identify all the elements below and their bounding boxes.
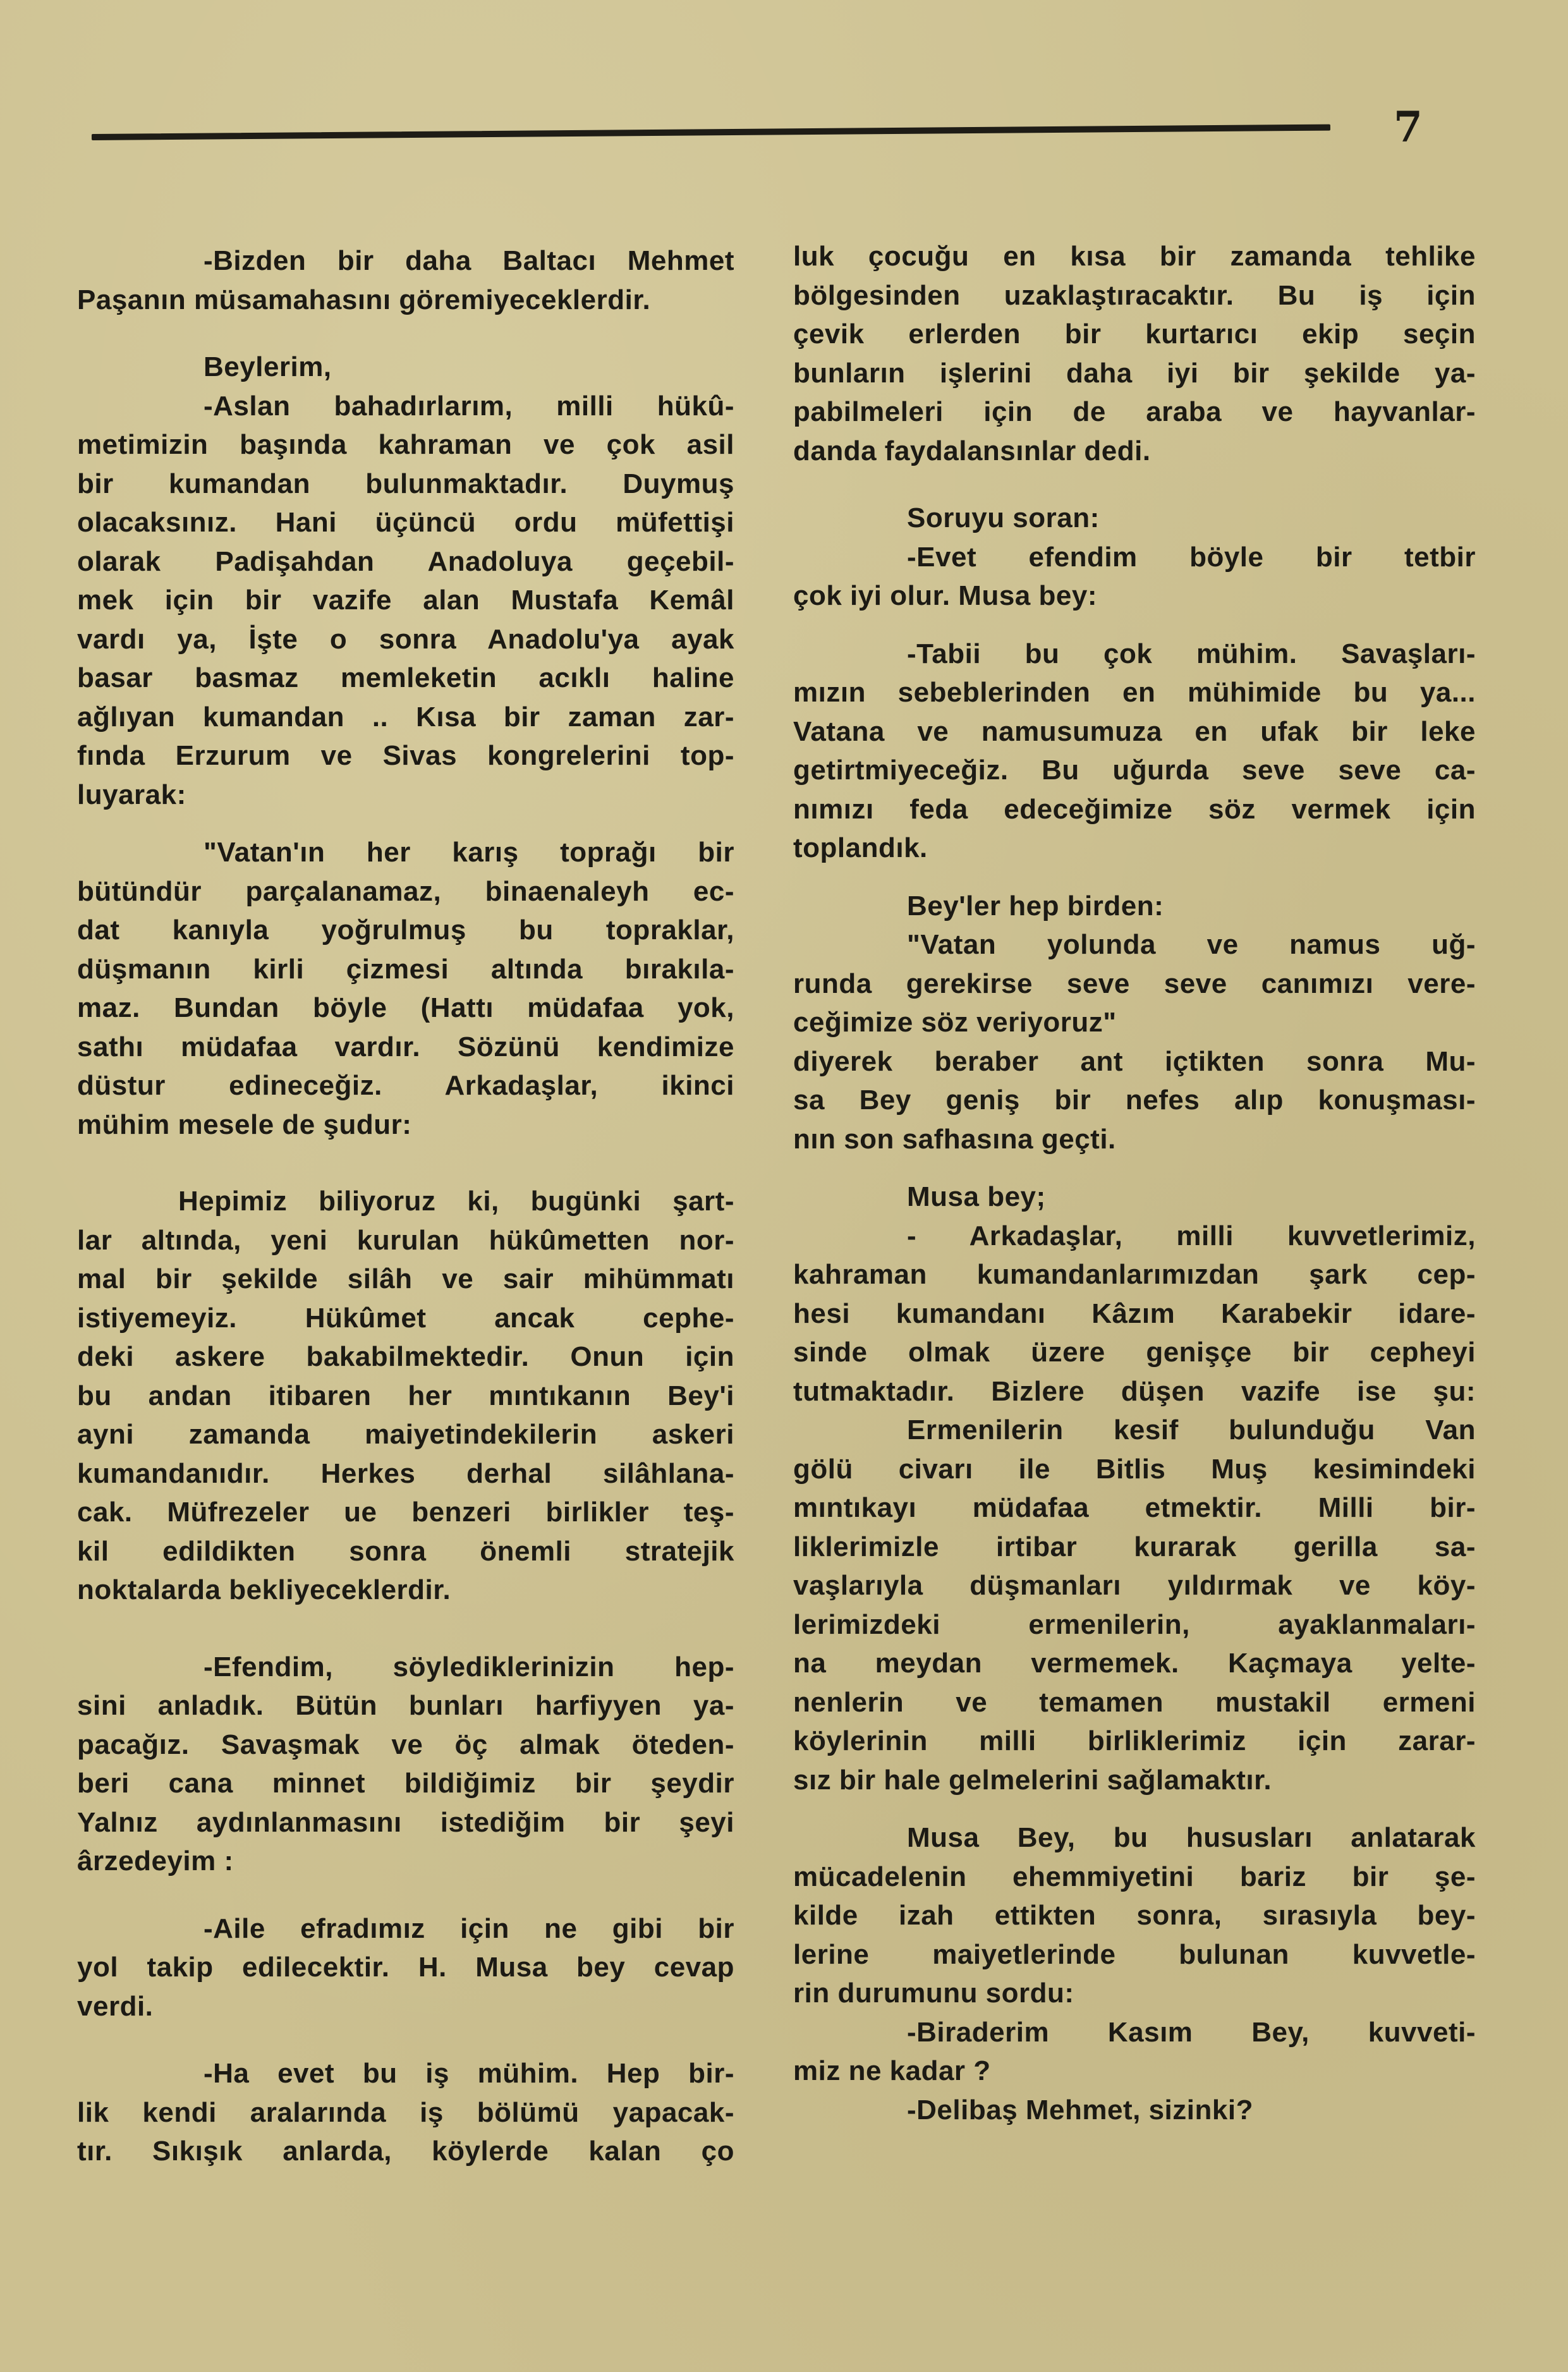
- text-line: Musa bey;: [793, 1177, 1476, 1217]
- text-line: -Tabii bu çok mühim. Savaşları-: [793, 635, 1476, 674]
- text-line: çok iyi olur. Musa bey:: [793, 576, 1476, 616]
- text-line: kilde izah ettikten sonra, sırasıyla bey…: [793, 1896, 1476, 1935]
- text-line: maz. Bundan böyle (Hattı müdafaa yok,: [77, 988, 734, 1028]
- text-line: lerimizdeki ermenilerin, ayaklanmaları-: [793, 1605, 1476, 1645]
- text-line: luk çocuğu en kısa bir zamanda tehlike: [793, 237, 1476, 276]
- text-line: ârzedeyim :: [77, 1842, 734, 1881]
- text-line: kahraman kumandanlarımızdan şark cep-: [793, 1255, 1476, 1294]
- text-line: mek için bir vazife alan Mustafa Kemâl: [77, 581, 734, 620]
- text-line: -Aslan bahadırlarım, milli hükû-: [77, 387, 734, 426]
- text-line: vaşlarıyla düşmanları yıldırmak ve köy-: [793, 1566, 1476, 1605]
- text-line: -Biraderim Kasım Bey, kuvveti-: [793, 2013, 1476, 2052]
- text-line: "Vatan yolunda ve namus uğ-: [793, 925, 1476, 964]
- text-line: bir kumandan bulunmaktadır. Duymuş: [77, 465, 734, 504]
- text-line: mücadelenin ehemmiyetini bariz bir şe-: [793, 1858, 1476, 1897]
- text-line: diyerek beraber ant içtikten sonra Mu-: [793, 1042, 1476, 1081]
- header-rule: [92, 125, 1330, 140]
- text-line: mal bir şekilde silâh ve sair mihümmatı: [77, 1260, 734, 1299]
- text-line: Hepimiz biliyoruz ki, bugünki şart-: [77, 1182, 734, 1221]
- text-line: pacağız. Savaşmak ve öç almak öteden-: [77, 1725, 734, 1765]
- text-line: Yalnız aydınlanmasını istediğim bir şeyi: [77, 1803, 734, 1842]
- text-line: miz ne kadar ?: [793, 2052, 1476, 2091]
- text-line: Beylerim,: [77, 348, 734, 387]
- text-line: ağlıyan kumandan .. Kısa bir zaman zar-: [77, 698, 734, 737]
- text-line: olacaksınız. Hani üçüncü ordu müfettişi: [77, 503, 734, 542]
- text-line: ceğimize söz veriyoruz": [793, 1003, 1476, 1042]
- text-line: na meydan vermemek. Kaçmaya yelte-: [793, 1644, 1476, 1683]
- text-line: -Evet efendim böyle bir tetbir: [793, 538, 1476, 577]
- text-line: pabilmeleri için de araba ve hayvanlar-: [793, 392, 1476, 432]
- text-line: düşmanın kirli çizmesi altında bırakıla-: [77, 950, 734, 989]
- text-line: kil edildikten sonra önemli stratejik: [77, 1532, 734, 1571]
- text-line: tır. Sıkışık anlarda, köylerde kalan ço: [77, 2132, 734, 2171]
- text-line: gölü civarı ile Bitlis Muş kesimindeki: [793, 1450, 1476, 1489]
- text-line: lerine maiyetlerinde bulunan kuvvetle-: [793, 1935, 1476, 1974]
- text-line: metimizin başında kahraman ve çok asil: [77, 425, 734, 465]
- text-line: mühim mesele de şudur:: [77, 1105, 734, 1145]
- text-line: nımızı feda edeceğimize söz vermek için: [793, 790, 1476, 829]
- text-line: - Arkadaşlar, milli kuvvetlerimiz,: [793, 1217, 1476, 1256]
- text-line: mızın sebeblerinden en mühimide bu ya...: [793, 673, 1476, 712]
- text-line: verdi.: [77, 1987, 734, 2026]
- text-line: Vatana ve namusumuza en ufak bir leke: [793, 712, 1476, 751]
- text-line: mıntıkayı müdafaa etmektir. Milli bir-: [793, 1488, 1476, 1528]
- text-line: "Vatan'ın her karış toprağı bir: [77, 833, 734, 872]
- text-line: liklerimizle irtibar kurarak gerilla sa-: [793, 1528, 1476, 1567]
- text-line: lar altında, yeni kurulan hükûmetten nor…: [77, 1221, 734, 1260]
- text-line: deki askere bakabilmektedir. Onun için: [77, 1337, 734, 1377]
- text-line: noktalarda bekliyeceklerdir.: [77, 1571, 734, 1610]
- text-line: runda gerekirse seve seve canımızı vere-: [793, 964, 1476, 1004]
- text-line: fında Erzurum ve Sivas kongrelerini top-: [77, 736, 734, 775]
- left-column: -Bizden bir daha Baltacı Mehmet Paşanın …: [77, 241, 734, 2171]
- right-column: luk çocuğu en kısa bir zamanda tehlike b…: [793, 237, 1476, 2129]
- text-line: toplandık.: [793, 829, 1476, 868]
- text-line: istiyemeyiz. Hükûmet ancak cephe-: [77, 1299, 734, 1338]
- text-line: -Ha evet bu iş mühim. Hep bir-: [77, 2054, 734, 2093]
- text-line: düstur edineceğiz. Arkadaşlar, ikinci: [77, 1066, 734, 1105]
- text-line: cak. Müfrezeler ue benzeri birlikler teş…: [77, 1493, 734, 1532]
- text-line: Paşanın müsamahasını göremiyeceklerdir.: [77, 281, 734, 320]
- text-line: beri cana minnet bildiğimiz bir şeydir: [77, 1764, 734, 1803]
- text-line: lik kendi aralarında iş bölümü yapacak-: [77, 2093, 734, 2132]
- page-number: 7: [1394, 106, 1423, 148]
- text-line: Soruyu soran:: [793, 499, 1476, 538]
- text-line: çevik erlerden bir kurtarıcı ekip seçin: [793, 315, 1476, 354]
- text-line: luyarak:: [77, 775, 734, 815]
- text-line: yol takip edilecektir. H. Musa bey cevap: [77, 1948, 734, 1987]
- text-line: köylerinin milli birliklerimiz için zara…: [793, 1722, 1476, 1761]
- text-line: nenlerin ve temamen mustakil ermeni: [793, 1683, 1476, 1722]
- text-line: sa Bey geniş bir nefes alıp konuşması-: [793, 1081, 1476, 1120]
- text-line: sız bir hale gelmelerini sağlamaktır.: [793, 1761, 1476, 1800]
- text-line: -Efendim, söylediklerinizin hep-: [77, 1648, 734, 1687]
- text-line: -Delibaş Mehmet, sizinki?: [793, 2091, 1476, 2130]
- text-line: dat kanıyla yoğrulmuş bu topraklar,: [77, 911, 734, 950]
- text-line: tutmaktadır. Bizlere düşen vazife ise şu…: [793, 1372, 1476, 1411]
- text-line: sathı müdafaa vardır. Sözünü kendimize: [77, 1028, 734, 1067]
- text-line: hesi kumandanı Kâzım Karabekir idare-: [793, 1294, 1476, 1334]
- text-line: bunların işlerini daha iyi bir şekilde y…: [793, 354, 1476, 393]
- text-line: danda faydalansınlar dedi.: [793, 432, 1476, 471]
- text-line: sinde olmak üzere genişçe bir cepheyi: [793, 1333, 1476, 1372]
- text-line: nın son safhasına geçti.: [793, 1120, 1476, 1159]
- text-line: -Aile efradımız için ne gibi bir: [77, 1909, 734, 1949]
- text-line: Bey'ler hep birden:: [793, 887, 1476, 926]
- text-line: bu andan itibaren her mıntıkanın Bey'i: [77, 1377, 734, 1416]
- text-line: Musa Bey, bu hususları anlatarak: [793, 1818, 1476, 1858]
- text-line: Ermenilerin kesif bulunduğu Van: [793, 1411, 1476, 1450]
- text-line: ayni zamanda maiyetindekilerin askeri: [77, 1415, 734, 1454]
- text-line: sini anladık. Bütün bunları harfiyyen ya…: [77, 1686, 734, 1725]
- text-line: rin durumunu sordu:: [793, 1974, 1476, 2013]
- text-line: vardı ya, İşte o sonra Anadolu'ya ayak: [77, 620, 734, 659]
- text-line: -Bizden bir daha Baltacı Mehmet: [77, 241, 734, 281]
- text-line: bölgesinden uzaklaştıracaktır. Bu iş içi…: [793, 276, 1476, 315]
- text-line: getirtmiyeceğiz. Bu uğurda seve seve ca-: [793, 751, 1476, 790]
- text-line: bütündür parçalanamaz, binaenaleyh ec-: [77, 872, 734, 911]
- text-line: kumandanıdır. Herkes derhal silâhlana-: [77, 1454, 734, 1493]
- text-line: olarak Padişahdan Anadoluya geçebil-: [77, 542, 734, 581]
- text-line: basar basmaz memleketin acıklı haline: [77, 659, 734, 698]
